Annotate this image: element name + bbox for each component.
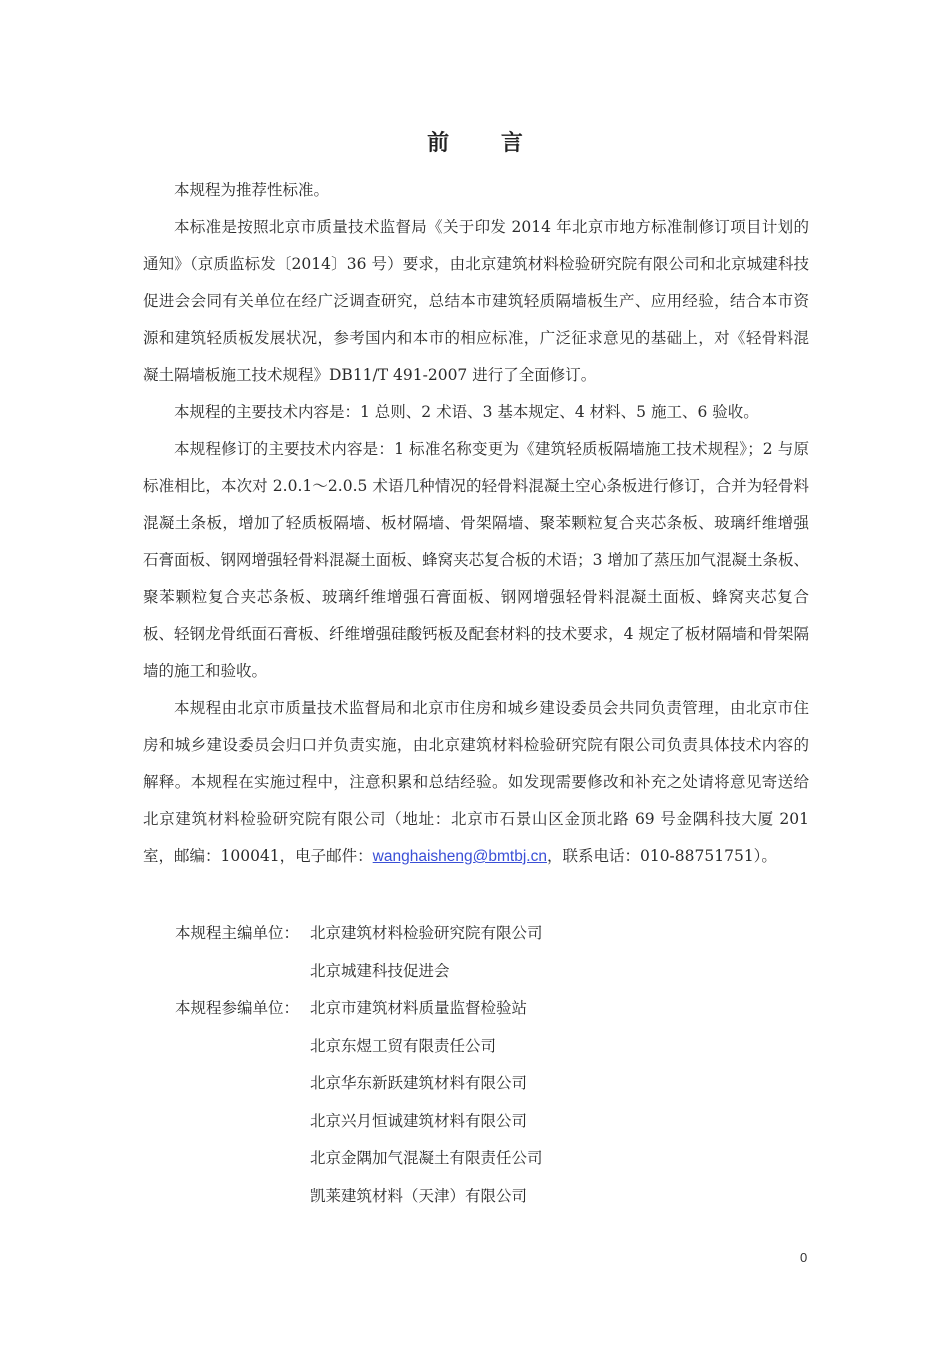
participating-unit-row: 本规程参编单位： 北京市建筑材料质量监督检验站 bbox=[175, 990, 543, 1028]
chief-unit-name: 北京城建科技促进会 bbox=[310, 953, 450, 991]
participating-unit-row: 北京东煜工贸有限责任公司 bbox=[175, 1028, 543, 1066]
participating-unit-name: 北京华东新跃建筑材料有限公司 bbox=[310, 1065, 527, 1103]
paragraph-management-contact: 本规程由北京市质量技术监督局和北京市住房和城乡建设委员会共同负责管理，由北京市住… bbox=[143, 690, 809, 875]
participating-unit-row: 凯莱建筑材料（天津）有限公司 bbox=[175, 1178, 543, 1216]
page-title: 前 言 bbox=[0, 126, 950, 157]
email-link[interactable]: wanghaisheng@bmtbj.cn bbox=[373, 848, 547, 865]
participating-unit-name: 北京东煜工贸有限责任公司 bbox=[310, 1028, 496, 1066]
paragraph-main-content: 本规程的主要技术内容是：1 总则、2 术语、3 基本规定、4 材料、5 施工、6… bbox=[143, 394, 809, 431]
paragraph-background: 本标准是按照北京市质量技术监督局《关于印发 2014 年北京市地方标准制修订项目… bbox=[143, 209, 809, 394]
participating-unit-name: 北京兴月恒诚建筑材料有限公司 bbox=[310, 1103, 527, 1141]
document-body: 本规程为推荐性标准。 本标准是按照北京市质量技术监督局《关于印发 2014 年北… bbox=[143, 172, 809, 875]
participating-unit-row: 北京金隅加气混凝土有限责任公司 bbox=[175, 1140, 543, 1178]
document-page: 前 言 本规程为推荐性标准。 本标准是按照北京市质量技术监督局《关于印发 201… bbox=[0, 0, 950, 1345]
participating-units-label: 本规程参编单位： bbox=[175, 990, 310, 1028]
units-list: 本规程主编单位： 北京建筑材料检验研究院有限公司 北京城建科技促进会 本规程参编… bbox=[175, 915, 543, 1215]
participating-unit-row: 北京华东新跃建筑材料有限公司 bbox=[175, 1065, 543, 1103]
chief-units-label: 本规程主编单位： bbox=[175, 915, 310, 953]
paragraph-recommended-standard: 本规程为推荐性标准。 bbox=[143, 172, 809, 209]
chief-unit-row: 北京城建科技促进会 bbox=[175, 953, 543, 991]
chief-unit-name: 北京建筑材料检验研究院有限公司 bbox=[310, 915, 543, 953]
paragraph-revision-content: 本规程修订的主要技术内容是：1 标准名称变更为《建筑轻质板隔墙施工技术规程》；2… bbox=[143, 431, 809, 690]
participating-unit-name: 凯莱建筑材料（天津）有限公司 bbox=[310, 1178, 527, 1216]
chief-unit-row: 本规程主编单位： 北京建筑材料检验研究院有限公司 bbox=[175, 915, 543, 953]
participating-unit-name: 北京金隅加气混凝土有限责任公司 bbox=[310, 1140, 543, 1178]
participating-unit-row: 北京兴月恒诚建筑材料有限公司 bbox=[175, 1103, 543, 1141]
participating-unit-name: 北京市建筑材料质量监督检验站 bbox=[310, 990, 527, 1028]
page-number: 0 bbox=[800, 1250, 807, 1265]
contact-text-before: 本规程由北京市质量技术监督局和北京市住房和城乡建设委员会共同负责管理，由北京市住… bbox=[143, 699, 809, 865]
contact-text-after: ，联系电话：010-88751751）。 bbox=[547, 847, 777, 865]
